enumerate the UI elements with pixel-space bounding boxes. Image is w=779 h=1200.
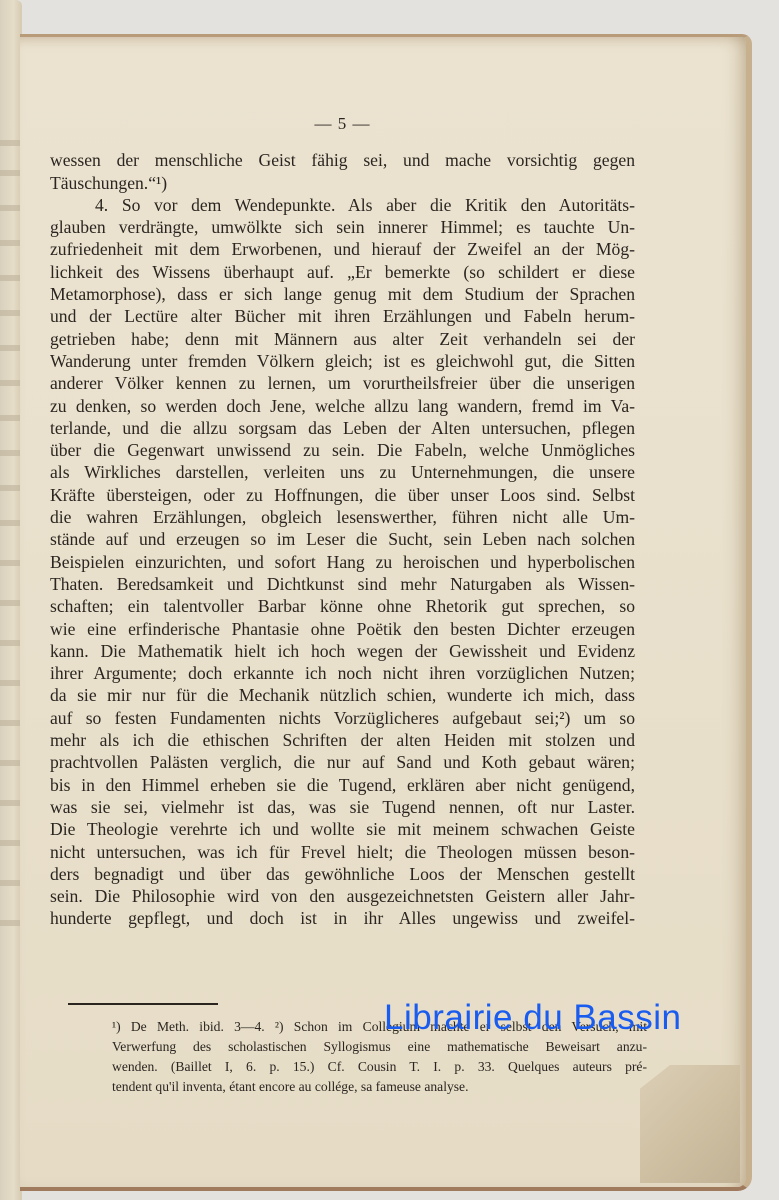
- bleed-through-text: [0, 310, 20, 316]
- bleed-through-text: [0, 520, 20, 526]
- bleed-through-text: [0, 840, 20, 846]
- text-line: anderer Völker kennen zu lernen, um voru…: [50, 372, 635, 394]
- text-line: stände auf und erzeugen so im Leser die …: [50, 528, 635, 550]
- bleed-through-text: [0, 800, 20, 806]
- footnote-divider: [68, 1003, 218, 1005]
- text-line: Wanderung unter fremden Völkern gleich; …: [50, 350, 635, 372]
- footnote-line: wenden. (Baillet I, 6. p. 15.) Cf. Cousi…: [112, 1057, 647, 1077]
- bleed-through-text: [0, 140, 20, 146]
- text-line: wessen der menschliche Geist fähig sei, …: [50, 149, 635, 171]
- text-line: zu denken, so werden doch Jene, welche a…: [50, 395, 635, 417]
- text-line: sein. Die Philosophie wird von den ausge…: [50, 885, 635, 907]
- text-line: ders begnadigt und über das gewöhnliche …: [50, 863, 635, 885]
- text-line: Täuschungen.“¹): [50, 172, 635, 194]
- bleed-through-text: [0, 275, 20, 281]
- bleed-through-text: [0, 680, 20, 686]
- text-line: Metamorphose), dass er sich lange genug …: [50, 283, 635, 305]
- text-line: nicht untersuchen, was ich für Frevel hi…: [50, 841, 635, 863]
- bleed-through-text: [0, 760, 20, 766]
- text-line: was sie sei, vielmehr ist das, was sie T…: [50, 796, 635, 818]
- text-line: lichkeit des Wissens überhaupt auf. „Er …: [50, 261, 635, 283]
- folded-corner: [640, 1065, 740, 1183]
- bleed-through-text: [0, 205, 20, 211]
- footnote-line: tendent qu'il inventa, étant encore au c…: [112, 1077, 647, 1097]
- text-line: über die Gegenwart unwissend zu sein. Di…: [50, 439, 635, 461]
- text-line: terlande, und die allzu sorgsam das Lebe…: [50, 417, 635, 439]
- text-line: glauben verdrängte, umwölkte sich sein i…: [50, 216, 635, 238]
- bleed-through-text: [0, 240, 20, 246]
- bleed-through-text: [0, 600, 20, 606]
- text-line: kann. Die Mathematik hielt ich hoch wege…: [50, 640, 635, 662]
- text-line: mehr als ich die ethischen Schriften der…: [50, 729, 635, 751]
- section-heading-line: 4. So vor dem Wendepunkte. Als aber die …: [50, 194, 635, 216]
- bleed-through-text: [0, 560, 20, 566]
- bleed-through-text: [0, 640, 20, 646]
- facing-page-edge: [0, 0, 22, 1200]
- text-line: ihrer Argumente; doch erkannte ich noch …: [50, 662, 635, 684]
- text-line: Die Theologie verehrte ich und wollte si…: [50, 818, 635, 840]
- text-line: da sie mir nur für die Mechanik nützlich…: [50, 684, 635, 706]
- bleed-through-text: [0, 880, 20, 886]
- bleed-through-text: [0, 485, 20, 491]
- text-line: auf so festen Fundamenten nichts Vorzügl…: [50, 707, 635, 729]
- text-line: Kräfte übersteigen, oder zu Hoffnungen, …: [50, 484, 635, 506]
- page-number: — 5 —: [50, 113, 635, 135]
- text-line: als Wirkliches darstellen, verleiten uns…: [50, 461, 635, 483]
- bleed-through-text: [0, 720, 20, 726]
- text-line: hunderte gepflegt, und doch ist in ihr A…: [50, 907, 635, 929]
- bleed-through-text: [0, 170, 20, 176]
- bleed-through-text: [0, 380, 20, 386]
- text-line: bis in den Himmel erheben sie die Tugend…: [50, 774, 635, 796]
- text-line: Beispielen einzurichten, und sofort Hang…: [50, 551, 635, 573]
- bleed-through-text: [0, 415, 20, 421]
- page-body: — 5 — wessen der menschliche Geist fähig…: [50, 113, 635, 930]
- text-line: getrieben habe; denn mit Männern aus alt…: [50, 328, 635, 350]
- bleed-through-text: [0, 920, 20, 926]
- text-line: die wahren Erzählungen, obgleich lesensw…: [50, 506, 635, 528]
- text-line: wie eine erfinderische Phantasie ohne Po…: [50, 618, 635, 640]
- bleed-through-text: [0, 450, 20, 456]
- text-line: und der Lectüre alter Bücher mit ihren E…: [50, 305, 635, 327]
- watermark: Librairie du Bassin: [384, 998, 681, 1038]
- text-line: prachtvollen Palästen verglich, die nur …: [50, 751, 635, 773]
- text-line: zufriedenheit mit dem Erworbenen, und hi…: [50, 238, 635, 260]
- footnote-line: Verwerfung des scholastischen Syllogismu…: [112, 1037, 647, 1057]
- text-line: Thaten. Beredsamkeit und Dichtkunst sind…: [50, 573, 635, 595]
- bleed-through-text: [0, 345, 20, 351]
- text-line: schaften; ein talentvoller Barbar könne …: [50, 595, 635, 617]
